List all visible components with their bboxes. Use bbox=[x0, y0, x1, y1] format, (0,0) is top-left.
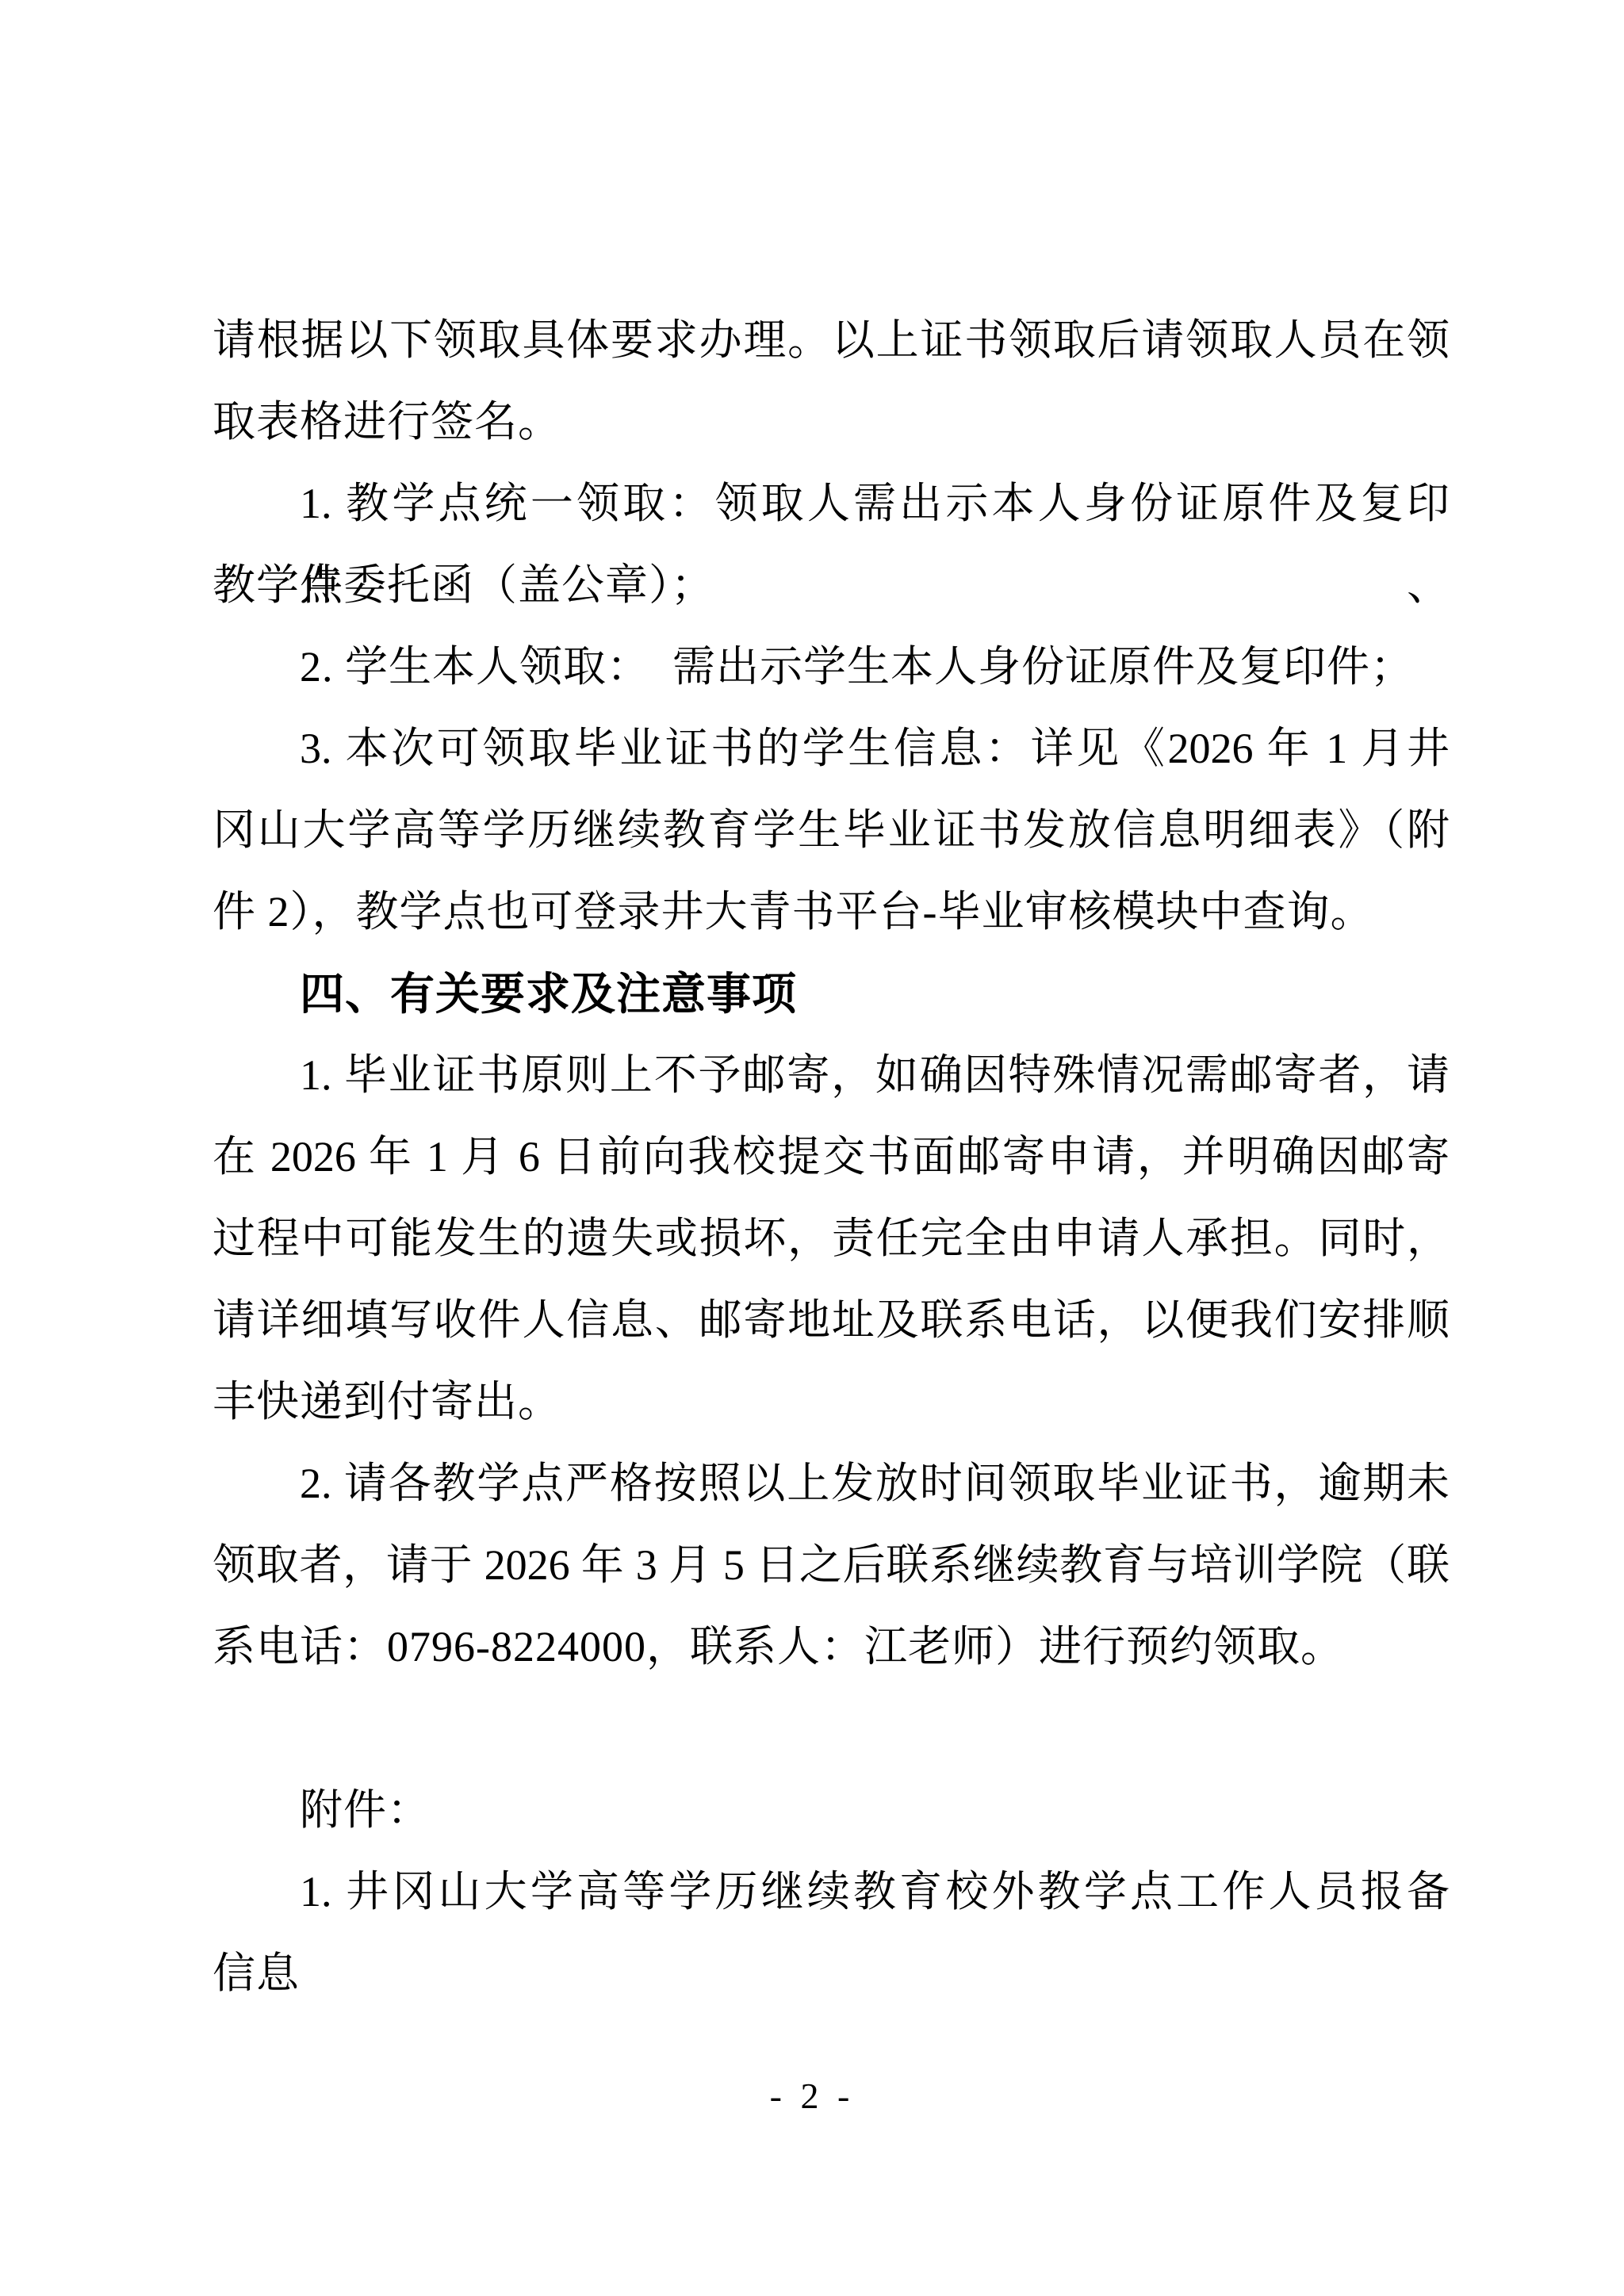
text-line: 过程中可能发生的遗失或损坏，责任完全由申请人承担。同时， bbox=[213, 1198, 1450, 1280]
text-line: 1. 井冈山大学高等学历继续教育校外教学点工作人员报备 bbox=[213, 1851, 1450, 1933]
attachment-label: 附件： bbox=[213, 1770, 1450, 1851]
text-line: 信息 bbox=[213, 1933, 1450, 2015]
text-line: 取表格进行签名。 bbox=[213, 381, 1450, 463]
blank-line bbox=[213, 1688, 1450, 1770]
text-line: 在 2026 年 1 月 6 日前向我校提交书面邮寄申请，并明确因邮寄 bbox=[213, 1116, 1450, 1198]
text-line: 领取者，请于 2026 年 3 月 5 日之后联系继续教育与培训学院（联 bbox=[213, 1525, 1450, 1606]
text-line: 请根据以下领取具体要求办理。以上证书领取后请领取人员在领 bbox=[213, 300, 1450, 381]
document-page: 请根据以下领取具体要求办理。以上证书领取后请领取人员在领 取表格进行签名。 1.… bbox=[0, 0, 1624, 2296]
section-heading: 四、有关要求及注意事项 bbox=[213, 953, 1450, 1035]
text-line: 1. 毕业证书原则上不予邮寄，如确因特殊情况需邮寄者，请 bbox=[213, 1035, 1450, 1116]
text-line: 冈山大学高等学历继续教育学生毕业证书发放信息明细表》（附 bbox=[213, 790, 1450, 871]
page-number: - 2 - bbox=[0, 2071, 1624, 2122]
text-line: 3. 本次可领取毕业证书的学生信息：详见《2026 年 1 月井 bbox=[213, 708, 1450, 790]
text-line: 请详细填写收件人信息、邮寄地址及联系电话，以便我们安排顺 bbox=[213, 1280, 1450, 1361]
document-body: 请根据以下领取具体要求办理。以上证书领取后请领取人员在领 取表格进行签名。 1.… bbox=[213, 300, 1450, 2015]
text-line: 丰快递到付寄出。 bbox=[213, 1361, 1450, 1443]
text-line: 件 2），教学点也可登录井大青书平台-毕业审核模块中查询。 bbox=[213, 871, 1450, 953]
text-line: 2. 学生本人领取： 需出示学生本人身份证原件及复印件； bbox=[213, 626, 1450, 708]
text-line: 1. 教学点统一领取：领取人需出示本人身份证原件及复印件、 bbox=[213, 463, 1450, 545]
text-line: 系电话：0796-8224000，联系人：江老师）进行预约领取。 bbox=[213, 1606, 1450, 1688]
text-line: 2. 请各教学点严格按照以上发放时间领取毕业证书，逾期未 bbox=[213, 1443, 1450, 1525]
